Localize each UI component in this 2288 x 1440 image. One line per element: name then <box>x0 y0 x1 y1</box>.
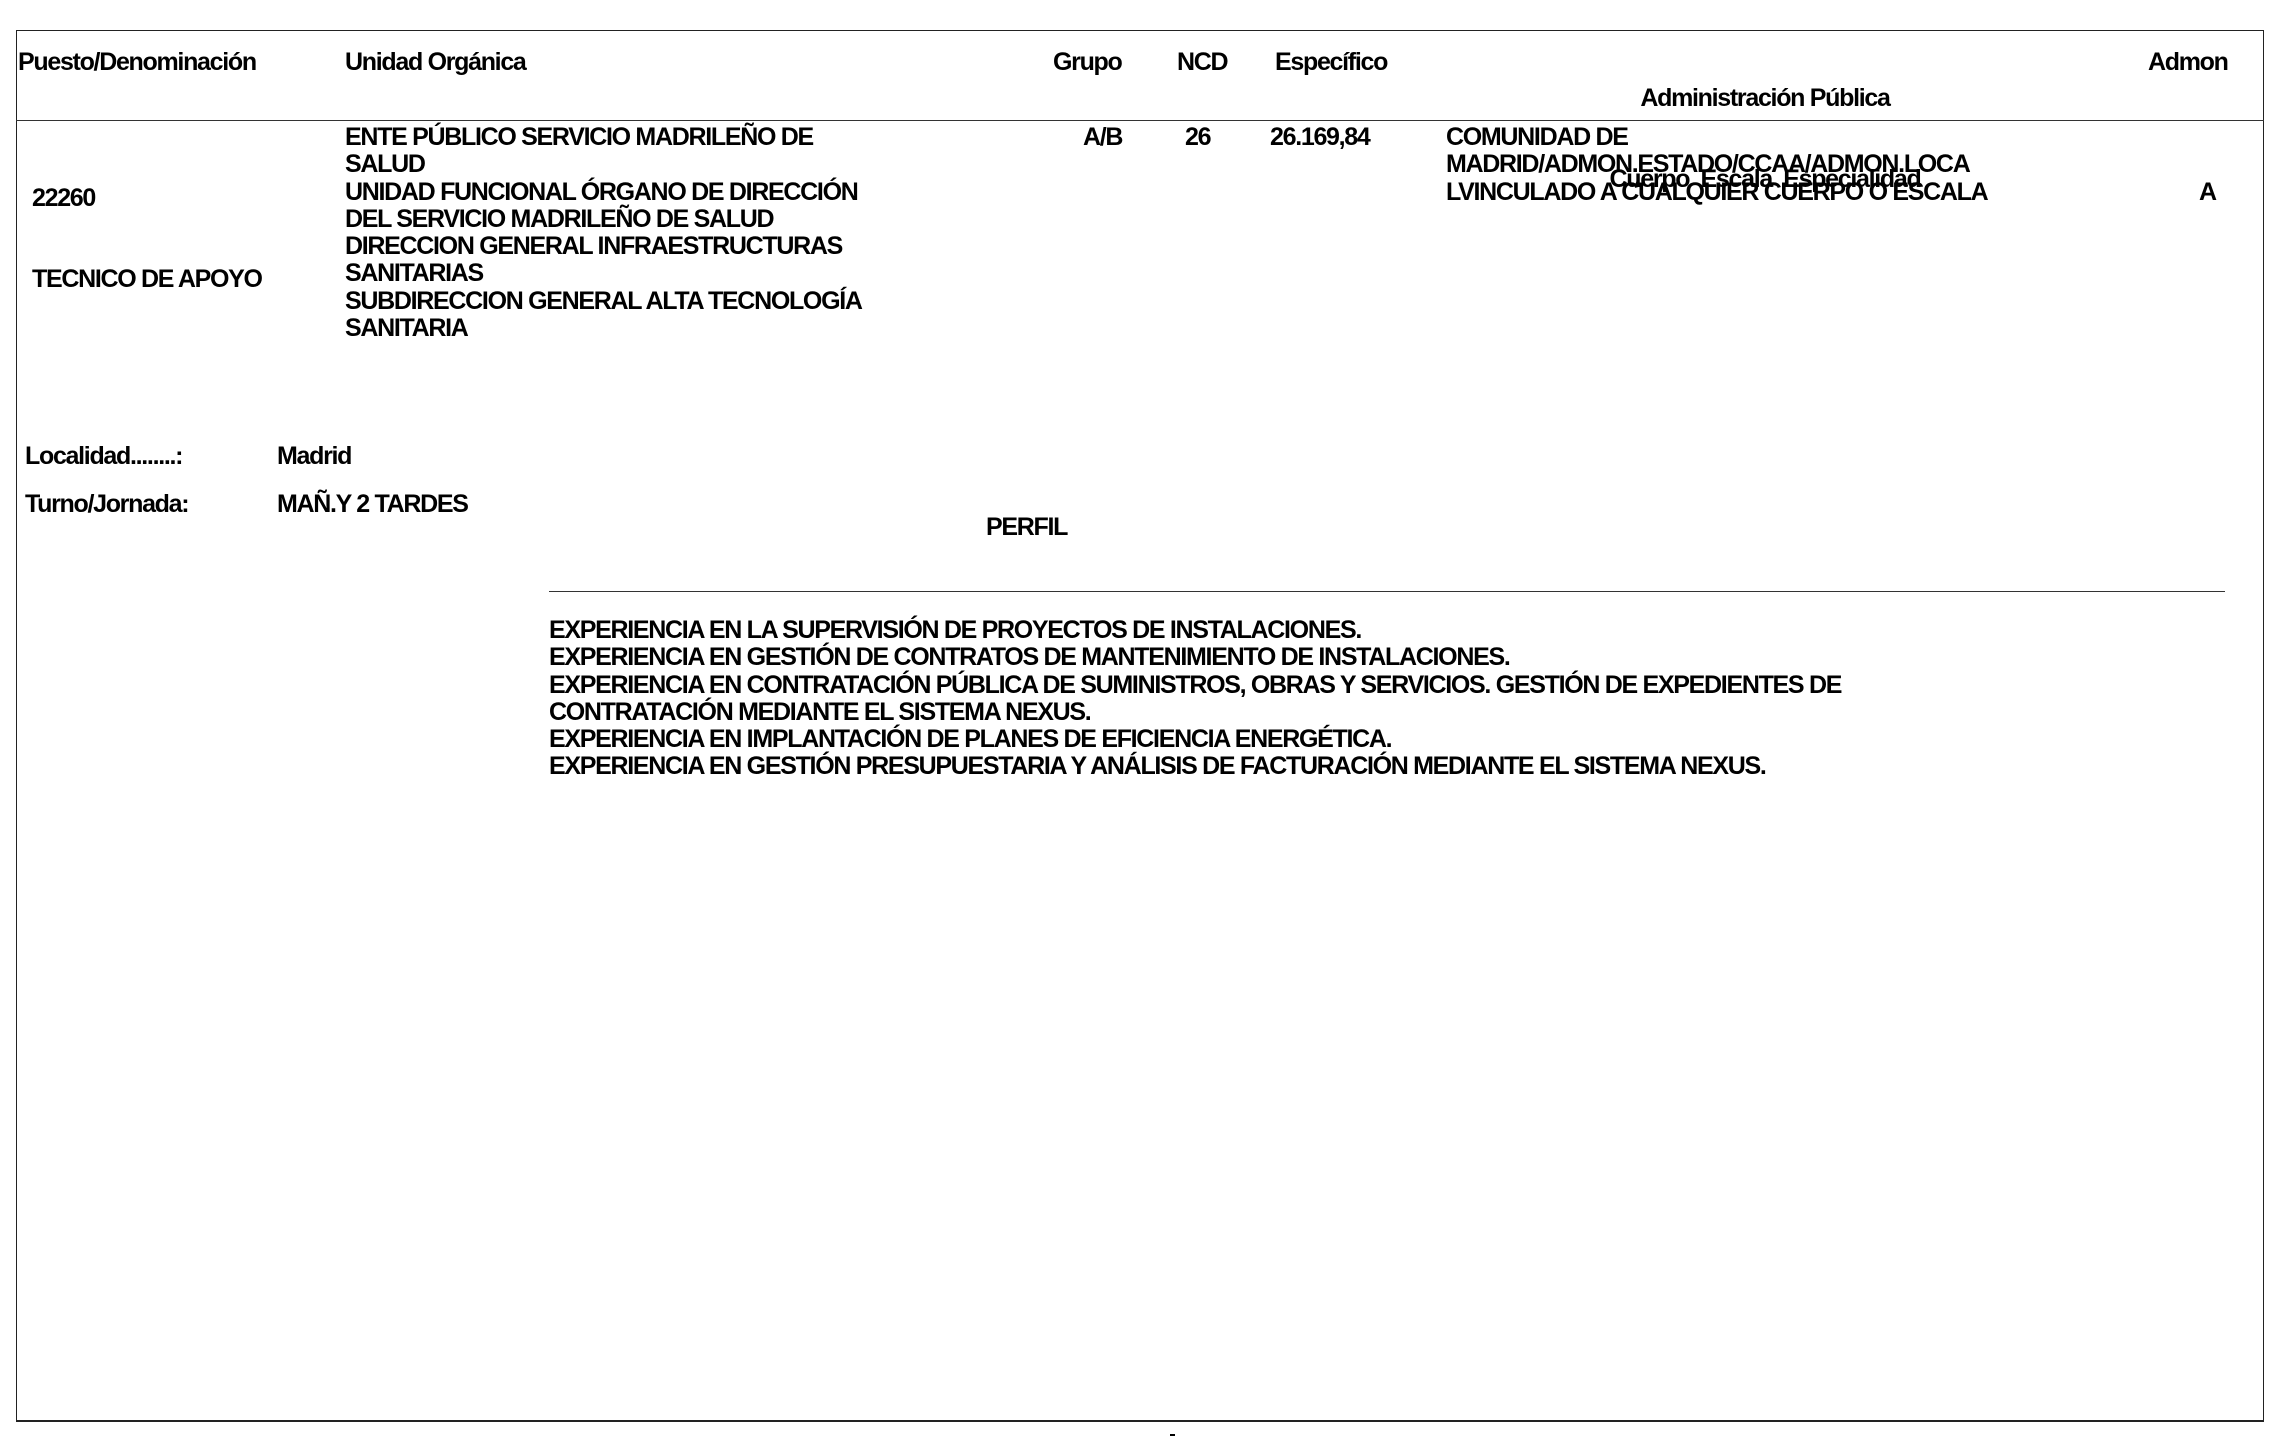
turno-label: Turno/Jornada: <box>25 491 188 518</box>
unidad-organica-line: DIRECCION GENERAL INFRAESTRUCTURAS <box>345 233 862 260</box>
puesto-denominacion: TECNICO DE APOYO <box>32 266 262 293</box>
unidad-organica-line: SALUD <box>345 151 862 178</box>
perfil-requirements: EXPERIENCIA EN LA SUPERVISIÓN DE PROYECT… <box>549 617 1841 781</box>
unidad-organica-line: SUBDIRECCION GENERAL ALTA TECNOLOGÍA <box>345 288 862 315</box>
perfil-divider <box>549 591 2225 592</box>
header-grupo: Grupo <box>1053 49 1122 76</box>
administracion-publica-line: COMUNIDAD DE <box>1446 124 1987 151</box>
administracion-publica-line: LVINCULADO A CUALQUIER CUERPO O ESCALA <box>1446 179 1987 206</box>
header-puesto: Puesto/Denominación <box>18 49 256 76</box>
header-admon: Admon <box>2148 49 2228 76</box>
puesto-codigo: 22260 <box>32 185 262 212</box>
perfil-requirement-line: EXPERIENCIA EN IMPLANTACIÓN DE PLANES DE… <box>549 726 1841 753</box>
unidad-organica-line: ENTE PÚBLICO SERVICIO MADRILEÑO DE <box>345 124 862 151</box>
header-ncd: NCD <box>1177 49 1227 76</box>
unidad-organica-line: DEL SERVICIO MADRILEÑO DE SALUD <box>345 206 862 233</box>
perfil-requirement-line: EXPERIENCIA EN CONTRATACIÓN PÚBLICA DE S… <box>549 672 1841 699</box>
unidad-organica-cell: ENTE PÚBLICO SERVICIO MADRILEÑO DESALUDU… <box>345 124 862 342</box>
unidad-organica-line: SANITARIAS <box>345 260 862 287</box>
administracion-publica-cell: COMUNIDAD DEMADRID/ADMON.ESTADO/CCAA/ADM… <box>1446 124 1987 206</box>
turno-value: MAÑ.Y 2 TARDES <box>277 491 468 518</box>
perfil-requirement-line: CONTRATACIÓN MEDIANTE EL SISTEMA NEXUS. <box>549 699 1841 726</box>
unidad-organica-line: SANITARIA <box>345 315 862 342</box>
perfil-title: PERFIL <box>986 514 1067 541</box>
localidad-value: Madrid <box>277 443 351 470</box>
perfil-requirement-line: EXPERIENCIA EN LA SUPERVISIÓN DE PROYECT… <box>549 617 1841 644</box>
perfil-requirement-line: EXPERIENCIA EN GESTIÓN PRESUPUESTARIA Y … <box>549 753 1841 780</box>
header-especifico: Específico <box>1275 49 1387 76</box>
administracion-publica-line: MADRID/ADMON.ESTADO/CCAA/ADMON.LOCA <box>1446 151 1987 178</box>
unidad-organica-line: UNIDAD FUNCIONAL ÓRGANO DE DIRECCIÓN <box>345 179 862 206</box>
admon-value: A <box>2199 179 2216 206</box>
localidad-label: Localidad........: <box>25 443 182 470</box>
puesto-cell: 22260 TECNICO DE APOYO <box>32 130 262 321</box>
header-admin-publica-line1: Administración Pública <box>1515 85 2015 112</box>
ncd-value: 26 <box>1185 124 1210 151</box>
especifico-value: 26.169,84 <box>1270 124 1370 151</box>
perfil-requirement-line: EXPERIENCIA EN GESTIÓN DE CONTRATOS DE M… <box>549 644 1841 671</box>
header-unidad: Unidad Orgánica <box>345 49 526 76</box>
page-mark <box>1170 1434 1175 1436</box>
grupo-value: A/B <box>1083 124 1122 151</box>
